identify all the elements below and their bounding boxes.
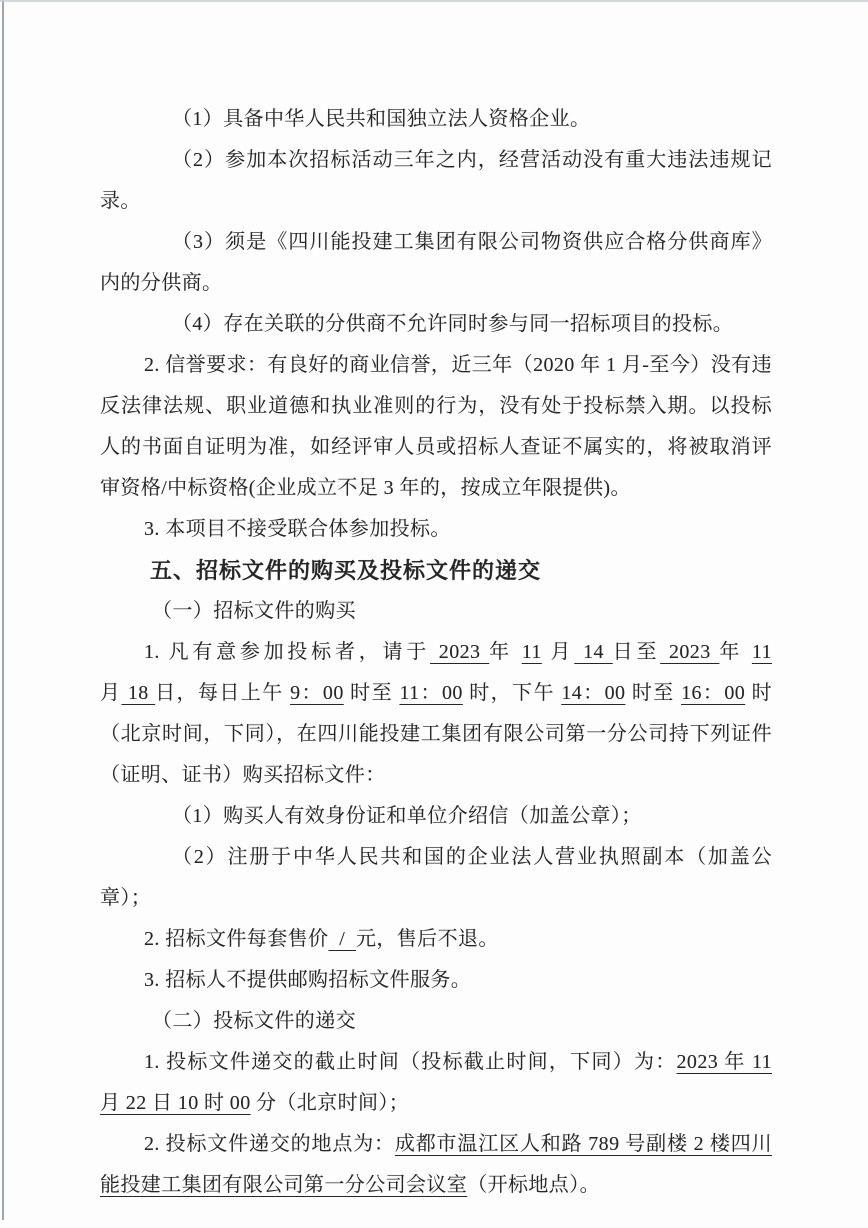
- no-consortium-note: 3. 本项目不接受联合体参加投标。: [100, 509, 772, 550]
- text-run: 月: [542, 641, 575, 663]
- text-run: （3）须是《四川能投建工集团有限公司物资供应合格分供商库》内的分供商。: [100, 231, 772, 294]
- submission-location: 2. 投标文件递交的地点为：成都市温江区人和路 789 号副楼 2 楼四川能投建…: [100, 1124, 772, 1206]
- filled-blank: /: [328, 928, 356, 950]
- subsection-submission: （二）投标文件的递交: [100, 1001, 772, 1042]
- document-body: （1）具备中华人民共和国独立法人资格企业。（2）参加本次招标活动三年之内，经营活…: [100, 99, 772, 1206]
- text-run: 2. 信誉要求：有良好的商业信誉，近三年（2020 年 1 月-至今）没有违反法…: [100, 354, 772, 499]
- document-page: （1）具备中华人民共和国独立法人资格企业。（2）参加本次招标活动三年之内，经营活…: [0, 0, 868, 1228]
- text-run: 1. 投标文件递交的截止时间（投标截止时间，下同）为：: [144, 1051, 677, 1073]
- text-run: 元，售后不退。: [356, 928, 499, 950]
- qualification-item-3: （3）须是《四川能投建工集团有限公司物资供应合格分供商库》内的分供商。: [100, 222, 772, 304]
- purchase-schedule: 1. 凡有意参加投标者，请于 2023 年 11 月 14 日至 2023 年 …: [100, 632, 772, 796]
- purchase-credential-1: （1）购买人有效身份证和单位介绍信（加盖公章）；: [100, 796, 772, 837]
- filled-blank: 11：00: [399, 682, 462, 704]
- text-run: 年: [489, 641, 522, 663]
- scan-artifact-left-edge: [2, 0, 4, 1220]
- filled-blank: 11: [522, 641, 542, 663]
- text-run: （1）购买人有效身份证和单位介绍信（加盖公章）；: [172, 805, 642, 827]
- text-run: 时，下午: [463, 682, 562, 704]
- credit-requirement: 2. 信誉要求：有良好的商业信誉，近三年（2020 年 1 月-至今）没有违反法…: [100, 345, 772, 509]
- text-run: 日至: [613, 641, 661, 663]
- scan-artifact-top-edge: [0, 0, 868, 2]
- text-run: （2）参加本次招标活动三年之内，经营活动没有重大违法违规记录。: [100, 149, 772, 212]
- text-run: 分（北京时间）；: [251, 1092, 410, 1114]
- text-run: （一）招标文件的购买: [152, 600, 356, 622]
- qualification-item-2: （2）参加本次招标活动三年之内，经营活动没有重大违法违规记录。: [100, 140, 772, 222]
- filled-blank: 2023: [660, 641, 719, 663]
- text-run: 时至: [625, 682, 681, 704]
- filled-blank: 18: [121, 682, 155, 704]
- filled-blank: 14: [574, 641, 612, 663]
- text-run: 年: [719, 641, 752, 663]
- filled-blank: 11: [752, 641, 772, 663]
- submission-deadline: 1. 投标文件递交的截止时间（投标截止时间，下同）为：2023 年 11 月 2…: [100, 1042, 772, 1124]
- text-run: 2. 招标文件每套售价: [144, 928, 328, 950]
- text-run: （开标地点）。: [467, 1174, 600, 1196]
- text-run: （4）存在关联的分供商不允许同时参与同一招标项目的投标。: [172, 313, 733, 335]
- text-run: （二）投标文件的递交: [152, 1010, 356, 1032]
- text-run: 月: [100, 682, 121, 704]
- text-run: 1. 凡有意参加投标者，请于: [144, 641, 430, 663]
- filled-blank: 16：00: [681, 682, 745, 704]
- no-mail-order-note: 3. 招标人不提供邮购招标文件服务。: [100, 960, 772, 1001]
- qualification-item-1: （1）具备中华人民共和国独立法人资格企业。: [100, 99, 772, 140]
- subsection-purchase: （一）招标文件的购买: [100, 591, 772, 632]
- text-run: 3. 本项目不接受联合体参加投标。: [144, 518, 451, 540]
- filled-blank: 2023: [430, 641, 489, 663]
- text-run: 2. 投标文件递交的地点为：: [144, 1133, 395, 1155]
- text-run: 五、招标文件的购买及投标文件的递交: [150, 558, 541, 583]
- filled-blank: 14：00: [561, 682, 625, 704]
- text-run: （2）注册于中华人民共和国的企业法人营业执照副本（加盖公章）；: [100, 846, 772, 909]
- purchase-credential-2: （2）注册于中华人民共和国的企业法人营业执照副本（加盖公章）；: [100, 837, 772, 919]
- text-run: 时至: [344, 682, 400, 704]
- document-price: 2. 招标文件每套售价 / 元，售后不退。: [100, 919, 772, 960]
- section-heading: 五、招标文件的购买及投标文件的递交: [100, 550, 772, 591]
- qualification-item-4: （4）存在关联的分供商不允许同时参与同一招标项目的投标。: [100, 304, 772, 345]
- text-run: （1）具备中华人民共和国独立法人资格企业。: [172, 108, 590, 130]
- text-run: 3. 招标人不提供邮购招标文件服务。: [144, 969, 471, 991]
- text-run: 日，每日上午: [155, 682, 290, 704]
- filled-blank: 9：00: [290, 682, 344, 704]
